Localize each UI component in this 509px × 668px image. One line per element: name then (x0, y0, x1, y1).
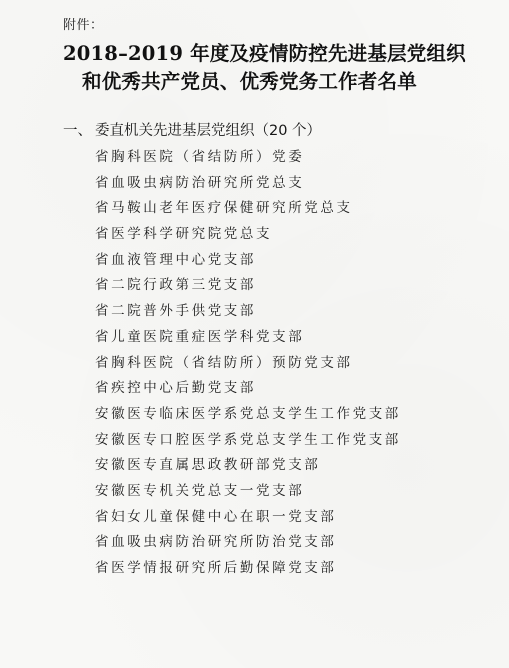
list-item: 省胸科医院（省结防所）党委 (95, 145, 401, 171)
list-item: 省医学情报研究所后勤保障党支部 (95, 556, 401, 582)
list-item: 省马鞍山老年医疗保健研究所党总支 (95, 196, 401, 222)
organization-list: 省胸科医院（省结防所）党委 省血吸虫病防治研究所党总支 省马鞍山老年医疗保健研究… (95, 145, 401, 582)
attachment-label: 附件： (63, 14, 104, 33)
list-item: 省妇女儿童保健中心在职一党支部 (95, 505, 401, 531)
list-item: 省二院普外手供党支部 (95, 299, 401, 325)
document-title-line-1: 2018–2019 年度及疫情防控先进基层党组织 (63, 38, 466, 66)
document-page: 附件： 2018–2019 年度及疫情防控先进基层党组织 和优秀共产党员、优秀党… (0, 0, 509, 668)
section-number: 一、 (63, 119, 95, 140)
list-item: 安徽医专临床医学系党总支学生工作党支部 (95, 402, 401, 428)
section-title: 委直机关先进基层党组织（20 个） (95, 123, 321, 139)
list-item: 省疾控中心后勤党支部 (95, 376, 401, 402)
list-item: 省血液管理中心党支部 (95, 248, 401, 274)
list-item: 省儿童医院重症医学科党支部 (95, 325, 401, 351)
list-item: 省血吸虫病防治研究所防治党支部 (95, 530, 401, 556)
list-item: 省医学科学研究院党总支 (95, 222, 401, 248)
list-item: 安徽医专直属思政教研部党支部 (95, 453, 401, 479)
list-item: 省二院行政第三党支部 (95, 273, 401, 299)
list-item: 省血吸虫病防治研究所党总支 (95, 171, 401, 197)
list-item: 省胸科医院（省结防所）预防党支部 (95, 351, 401, 377)
list-item: 安徽医专口腔医学系党总支学生工作党支部 (95, 428, 401, 454)
document-title-line-2: 和优秀共产党员、优秀党务工作者名单 (82, 66, 417, 94)
list-item: 安徽医专机关党总支一党支部 (95, 479, 401, 505)
section-heading: 一、委直机关先进基层党组织（20 个） (63, 119, 321, 140)
